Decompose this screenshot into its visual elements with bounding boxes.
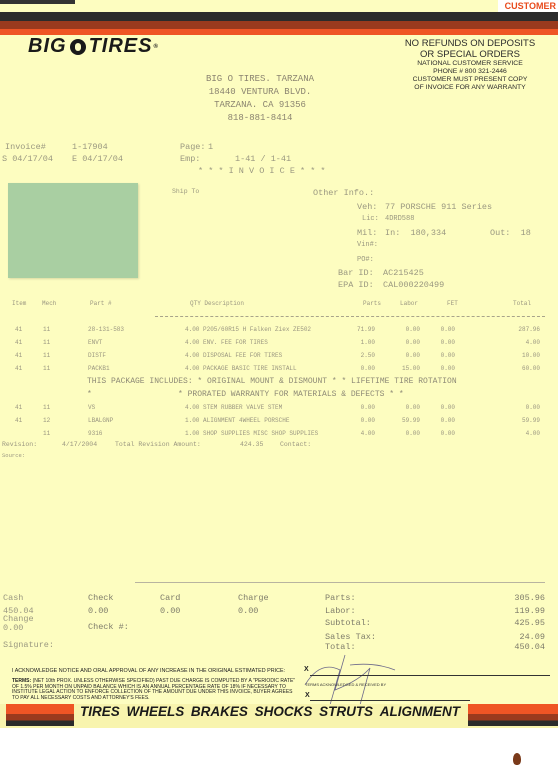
service-wheels: WHEELS <box>126 704 184 719</box>
epa-id-label: EPA ID: <box>338 280 374 290</box>
vehicle-value: 77 PORSCHE 911 Series <box>385 202 492 212</box>
table-row: 41 11 DISTF 4.00 DISPOSAL FEE FOR TIRES … <box>0 352 558 364</box>
acknowledge-notice: I ACKNOWLEDGE NOTICE AND ORAL APPROVAL O… <box>12 668 285 674</box>
row-mech: 11 <box>43 326 50 333</box>
row-part: 28-131-583 <box>88 326 124 333</box>
registered-mark: ® <box>153 44 158 50</box>
source-label: Source: <box>2 452 25 459</box>
col-labor: Labor <box>400 300 418 307</box>
store-address: BIG O TIRES. TARZANA 18440 VENTURA BLVD.… <box>195 73 325 125</box>
parts-total-value: 305.96 <box>500 593 545 603</box>
other-info-label: Other Info.: <box>313 188 374 198</box>
row-part: 9316 <box>88 430 102 437</box>
row-mech: 11 <box>43 404 50 411</box>
license-value: 4DRD588 <box>385 215 414 223</box>
row-parts: 0.00 <box>335 404 375 411</box>
notice-line-6: OF INVOICE FOR ANY WARRANTY <box>390 84 550 92</box>
table-row: 41 11 PACKB1 4.00 PACKAGE BASIC TIRE INS… <box>0 365 558 377</box>
grand-total-value: 450.04 <box>500 642 545 652</box>
customer-copy-tab: CUSTOMER <box>498 0 558 12</box>
row-part: PACKB1 <box>88 365 110 372</box>
revision-amount: 424.35 <box>240 441 263 448</box>
contact-label: Contact: <box>280 441 311 448</box>
received-signature-line[interactable] <box>310 700 470 701</box>
vehicle-label: Veh: <box>357 202 377 212</box>
row-mech: 11 <box>43 339 50 346</box>
row-fet: 0.00 <box>420 339 455 346</box>
row-total: 287.96 <box>490 326 540 333</box>
mileage-out: Out: 18 <box>490 228 531 238</box>
revision-amount-label: Total Revision Amount: <box>115 441 201 448</box>
sales-tax-value: 24.09 <box>500 632 545 642</box>
package-includes-line-1: THIS PACKAGE INCLUDES: * ORIGINAL MOUNT … <box>87 377 457 386</box>
notice-line-1: NO REFUNDS ON DEPOSITS <box>390 38 550 49</box>
row-item: 41 <box>15 352 22 359</box>
row-item: 41 <box>15 417 22 424</box>
row-fet: 0.00 <box>420 404 455 411</box>
row-mech: 11 <box>43 365 50 372</box>
table-row: 41 11 28-131-583 4.00 P205/60R15 H Falke… <box>0 326 558 338</box>
col-mech: Mech <box>42 300 56 307</box>
row-item: 41 <box>15 326 22 333</box>
tire-o-icon <box>70 39 86 55</box>
col-fet: FET <box>447 300 458 307</box>
acknowledge-x-mark: X <box>304 666 309 673</box>
row-labor: 0.00 <box>385 326 420 333</box>
big-o-tires-logo: BIG TIRES ® <box>28 35 159 58</box>
notice-line-3: NATIONAL CUSTOMER SERVICE <box>390 60 550 68</box>
notice-line-2: OR SPECIAL ORDERS <box>390 49 550 60</box>
row-part: VS <box>88 404 95 411</box>
check-value: 0.00 <box>88 606 108 616</box>
terms-acknowledged-label: TERMS ACKNOWLEDGED & RECEIVED BY <box>305 682 386 687</box>
row-desc: 4.00 DISPOSAL FEE FOR TIRES <box>185 352 282 359</box>
change-value: 0.00 <box>3 623 23 633</box>
notice-line-4: PHONE # 800 321-2446 <box>390 68 550 76</box>
emp-label: Emp: <box>180 154 200 164</box>
row-total: 59.99 <box>490 417 540 424</box>
parts-total-label: Parts: <box>325 593 356 603</box>
page-bottom-margin <box>0 728 558 768</box>
row-total: 60.00 <box>490 365 540 372</box>
invoice-title: * * * I N V O I C E * * * <box>198 166 326 176</box>
row-fet: 0.00 <box>420 430 455 437</box>
check-number-label: Check #: <box>88 622 129 632</box>
vin-label: Vin#: <box>357 241 378 249</box>
refund-notice: NO REFUNDS ON DEPOSITS OR SPECIAL ORDERS… <box>390 38 550 92</box>
emp-value: 1-41 / 1-41 <box>235 154 291 164</box>
row-mech: 11 <box>43 430 50 437</box>
row-desc: 4.00 STEM RUBBER VALVE STEM <box>185 404 282 411</box>
revision-date: 4/17/2004 <box>62 441 97 448</box>
package-includes-line-2: * PRORATED WARRANTY FOR MATERIALS & DEFE… <box>178 390 404 399</box>
card-label: Card <box>160 593 180 603</box>
top-dark-tab <box>0 0 75 4</box>
mileage-label: Mil: <box>357 228 377 238</box>
terms-text: TERMS: (NET 10th PROX. UNLESS OTHERWISE … <box>12 679 297 701</box>
service-shocks: SHOCKS <box>255 704 313 719</box>
invoice-label: Invoice# <box>5 142 46 152</box>
page-number: 1 <box>208 142 213 152</box>
row-desc: 4.00 P205/60R15 H Falken Ziex ZE502 <box>185 326 311 333</box>
subtotal-label: Subtotal: <box>325 618 371 628</box>
row-desc: 1.00 ALIGNMENT 4WHEEL PORSCHE <box>185 417 289 424</box>
terms-body: (NET 10th PROX. UNLESS OTHERWISE SPECIFI… <box>12 678 295 701</box>
totals-divider <box>135 582 545 583</box>
row-total: 4.00 <box>490 339 540 346</box>
service-struts: STRUTS <box>319 704 373 719</box>
ship-to-label: Ship To <box>172 188 199 195</box>
bar-id-value: AC215425 <box>383 268 424 278</box>
notice-line-5: CUSTOMER MUST PRESENT COPY <box>390 76 550 84</box>
footer-stripe-right <box>468 704 558 726</box>
labor-total-value: 119.99 <box>500 606 545 616</box>
source-row: Source: <box>0 452 558 464</box>
row-parts: 0.00 <box>335 417 375 424</box>
row-labor: 0.00 <box>385 404 420 411</box>
row-total: 0.00 <box>490 404 540 411</box>
table-header-divider <box>155 316 545 317</box>
services-list: TIRES WHEELS BRAKES SHOCKS STRUTS ALIGNM… <box>80 704 460 719</box>
revision-label: Revision: <box>2 441 37 448</box>
row-desc: 4.00 ENV. FEE FOR TIRES <box>185 339 268 346</box>
page-label: Page: <box>180 142 206 152</box>
header-stripe-black <box>0 12 558 21</box>
service-brakes: BRAKES <box>191 704 248 719</box>
check-label: Check <box>88 593 114 603</box>
row-parts: 4.00 <box>335 430 375 437</box>
row-item: 41 <box>15 365 22 372</box>
row-part: LBALGNP <box>88 417 113 424</box>
row-labor: 15.00 <box>385 365 420 372</box>
row-fet: 0.00 <box>420 417 455 424</box>
col-part: Part # <box>90 300 112 307</box>
col-item: Item <box>12 300 26 307</box>
service-tires: TIRES <box>80 704 120 719</box>
cash-label: Cash <box>3 593 23 603</box>
row-mech: 11 <box>43 352 50 359</box>
acknowledge-signature-line[interactable] <box>310 675 550 676</box>
row-fet: 0.00 <box>420 352 455 359</box>
license-label: Lic: <box>362 215 379 223</box>
row-parts: 2.50 <box>335 352 375 359</box>
row-fet: 0.00 <box>420 326 455 333</box>
table-row: 41 11 VS 4.00 STEM RUBBER VALVE STEM 0.0… <box>0 404 558 416</box>
ink-smudge <box>513 753 521 765</box>
charge-value: 0.00 <box>238 606 258 616</box>
row-parts: 1.00 <box>335 339 375 346</box>
header-stripe-brown <box>0 21 558 29</box>
col-parts: Parts <box>363 300 381 307</box>
received-x-mark: X <box>305 692 310 699</box>
row-part: DISTF <box>88 352 106 359</box>
service-alignment: ALIGNMENT <box>380 704 460 719</box>
bar-id-label: Bar ID: <box>338 268 374 278</box>
logo-text-big: BIG <box>28 35 67 58</box>
end-date: E 04/17/04 <box>72 154 123 164</box>
sales-tax-label: Sales Tax: <box>325 632 376 642</box>
row-labor: 0.00 <box>385 339 420 346</box>
row-parts: 0.00 <box>335 365 375 372</box>
logo-text-tires: TIRES <box>89 35 153 58</box>
row-part: ENVT <box>88 339 102 346</box>
start-date: S 04/17/04 <box>2 154 53 164</box>
row-item: 41 <box>15 404 22 411</box>
row-parts: 71.99 <box>335 326 375 333</box>
customer-info-cover <box>8 183 138 278</box>
row-fet: 0.00 <box>420 365 455 372</box>
row-mech: 12 <box>43 417 50 424</box>
labor-total-label: Labor: <box>325 606 356 616</box>
subtotal-value: 425.95 <box>500 618 545 628</box>
row-desc: 1.00 SHOP SUPPLIES MISC SHOP SUPPLIES <box>185 430 318 437</box>
col-total: Total <box>513 300 531 307</box>
signature-label: Signature: <box>3 640 54 650</box>
row-desc: 4.00 PACKAGE BASIC TIRE INSTALL <box>185 365 297 372</box>
footer-stripe-left <box>6 704 74 726</box>
row-item: 41 <box>15 339 22 346</box>
row-labor: 59.99 <box>385 417 420 424</box>
store-city: TARZANA. CA 91356 <box>195 99 325 112</box>
card-value: 0.00 <box>160 606 180 616</box>
table-row: 41 12 LBALGNP 1.00 ALIGNMENT 4WHEEL PORS… <box>0 417 558 429</box>
row-labor: 0.00 <box>385 430 420 437</box>
row-total: 4.00 <box>490 430 540 437</box>
store-phone: 818-881-8414 <box>195 112 325 125</box>
table-row: 41 11 ENVT 4.00 ENV. FEE FOR TIRES 1.00 … <box>0 339 558 351</box>
col-description: QTY Description <box>190 300 244 307</box>
invoice-number: 1-17904 <box>72 142 108 152</box>
epa-id-value: CAL000220499 <box>383 280 444 290</box>
po-label: PO#: <box>357 256 374 264</box>
row-total: 10.00 <box>490 352 540 359</box>
package-star: * <box>87 390 92 399</box>
charge-label: Charge <box>238 593 269 603</box>
row-labor: 0.00 <box>385 352 420 359</box>
mileage-in: In: 180,334 <box>385 228 446 238</box>
store-name: BIG O TIRES. TARZANA <box>195 73 325 86</box>
customer-signature <box>300 650 410 710</box>
store-street: 18440 VENTURA BLVD. <box>195 86 325 99</box>
